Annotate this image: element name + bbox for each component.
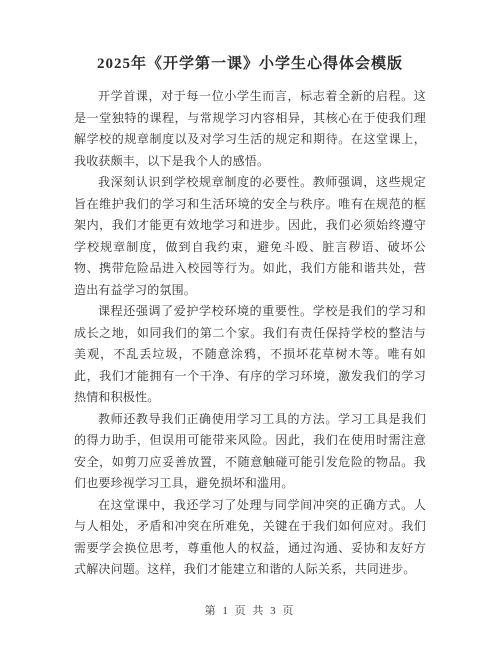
paragraph-rules: 我深刻认识到学校规章制度的必要性。教师强调，这些规定旨在维护我们的学习和生活环境… (74, 172, 426, 301)
page-footer: 第 1 页 共 3 页 (0, 601, 500, 619)
document-body: 开学首课，对于每一位小学生而言，标志着全新的启程。这是一堂独特的课程，与常规学习… (74, 86, 426, 581)
paragraph-conflict: 在这堂课中，我还学习了处理与同学间冲突的正确方式。人与人相处，矛盾和冲突在所难免… (74, 495, 426, 581)
paragraph-environment: 课程还强调了爱护学校环境的重要性。学校是我们的学习和成长之地，如同我们的第二个家… (74, 301, 426, 409)
document-title: 2025年《开学第一课》小学生心得体会模版 (60, 54, 440, 74)
document-page: 2025年《开学第一课》小学生心得体会模版 开学首课，对于每一位小学生而言，标志… (0, 0, 500, 647)
paragraph-tools: 教师还教导我们正确使用学习工具的方法。学习工具是我们的得力助手，但误用可能带来风… (74, 409, 426, 495)
paragraph-intro: 开学首课，对于每一位小学生而言，标志着全新的启程。这是一堂独特的课程，与常规学习… (74, 86, 426, 172)
page-number-label: 第 1 页 共 3 页 (205, 605, 296, 617)
